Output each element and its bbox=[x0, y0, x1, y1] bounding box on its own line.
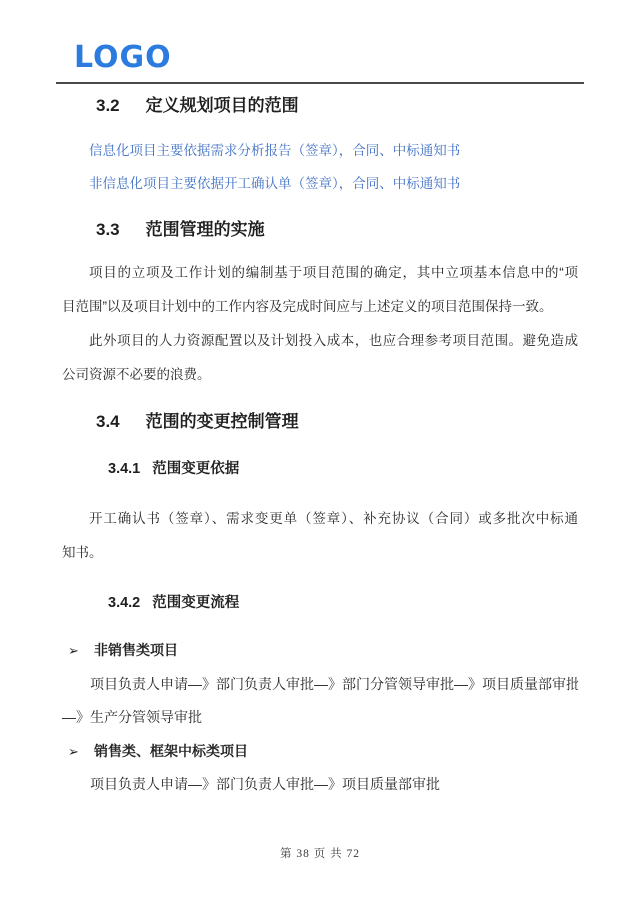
company-logo: LOGO bbox=[74, 40, 578, 76]
dependency-line-non-informatization: 非信息化项目主要依据开工确认单（签章），合同、中标通知书 bbox=[62, 175, 578, 192]
heading-3-4-2: 3.4.2范围变更流程 bbox=[108, 594, 578, 612]
heading-3-4-title: 范围的变更控制管理 bbox=[146, 412, 299, 431]
process-line: —》生产分管领导审批 bbox=[62, 701, 578, 735]
paragraph-line: 此外项目的人力资源配置以及计划投入成本，也应合理参考项目范围。避免造成 bbox=[62, 324, 578, 358]
process-line: 项目负责人申请—》部门负责人审批—》项目质量部审批 bbox=[62, 768, 578, 802]
heading-3-4: 3.4范围的变更控制管理 bbox=[96, 412, 578, 432]
paragraph-line: 公司资源不必要的浪费。 bbox=[62, 358, 578, 392]
bullet-non-sales-projects: ➢非销售类项目 bbox=[62, 634, 578, 668]
bullet-sales-framework-projects: ➢销售类、框架中标类项目 bbox=[62, 735, 578, 769]
heading-3-3-number: 3.3 bbox=[96, 220, 120, 239]
paragraph-change-basis: 开工确认书（签章）、需求变更单（签章）、补充协议（合同）或多批次中标通 知书。 bbox=[62, 502, 578, 570]
header-divider bbox=[56, 82, 584, 84]
paragraph-resource-reference: 此外项目的人力资源配置以及计划投入成本，也应合理参考项目范围。避免造成 公司资源… bbox=[62, 324, 578, 392]
process-line: 项目负责人申请—》部门负责人审批—》部门分管领导审批—》项目质量部审批 bbox=[62, 668, 578, 702]
page-number: 第 38 页 共 72 bbox=[0, 846, 640, 862]
heading-3-4-number: 3.4 bbox=[96, 412, 120, 431]
bullet-label: 销售类、框架中标类项目 bbox=[94, 743, 248, 759]
heading-3-4-1-number: 3.4.1 bbox=[108, 461, 140, 477]
heading-3-3: 3.3范围管理的实施 bbox=[96, 220, 578, 240]
heading-3-2-title: 定义规划项目的范围 bbox=[146, 96, 299, 115]
heading-3-2: 3.2定义规划项目的范围 bbox=[96, 96, 578, 116]
heading-3-3-title: 范围管理的实施 bbox=[146, 220, 265, 239]
paragraph-line: 目范围”以及项目计划中的工作内容及完成时间应与上述定义的项目范围保持一致。 bbox=[62, 290, 578, 324]
dependency-line-informatization: 信息化项目主要依据需求分析报告（签章），合同、中标通知书 bbox=[62, 142, 578, 159]
heading-3-4-2-number: 3.4.2 bbox=[108, 595, 140, 611]
heading-3-4-2-title: 范围变更流程 bbox=[152, 595, 239, 611]
heading-3-4-1-title: 范围变更依据 bbox=[152, 461, 239, 477]
document-page: LOGO 3.2定义规划项目的范围 信息化项目主要依据需求分析报告（签章），合同… bbox=[0, 0, 640, 906]
change-process-list: ➢非销售类项目 项目负责人申请—》部门负责人审批—》部门分管领导审批—》项目质量… bbox=[62, 634, 578, 802]
heading-3-2-number: 3.2 bbox=[96, 96, 120, 115]
bullet-label: 非销售类项目 bbox=[94, 642, 178, 658]
paragraph-scope-basis: 项目的立项及工作计划的编制基于项目范围的确定，其中立项基本信息中的“项 目范围”… bbox=[62, 256, 578, 324]
heading-3-4-1: 3.4.1范围变更依据 bbox=[108, 460, 578, 478]
paragraph-line: 开工确认书（签章）、需求变更单（签章）、补充协议（合同）或多批次中标通 bbox=[62, 502, 578, 536]
paragraph-line: 知书。 bbox=[62, 536, 578, 570]
paragraph-line: 项目的立项及工作计划的编制基于项目范围的确定，其中立项基本信息中的“项 bbox=[62, 256, 578, 290]
arrowhead-bullet-icon: ➢ bbox=[68, 634, 94, 668]
arrowhead-bullet-icon: ➢ bbox=[68, 735, 94, 769]
